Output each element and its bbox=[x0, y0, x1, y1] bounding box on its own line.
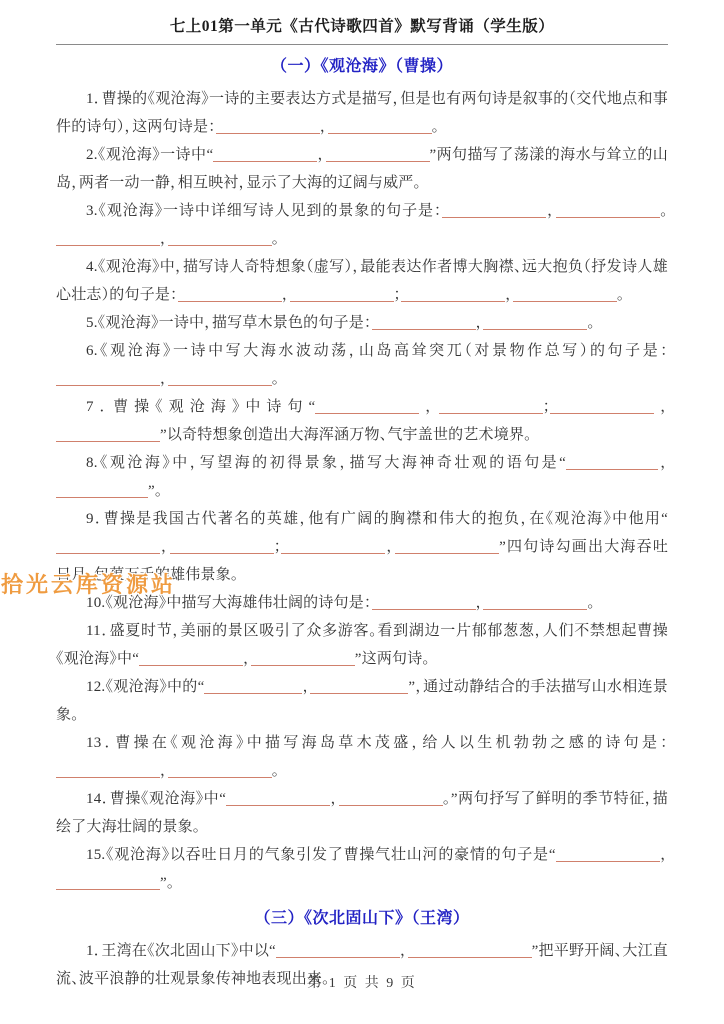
question-text: 13．曹操在《观沧海》中描写海岛草木茂盛，给人以生机勃勃之感的诗句是： bbox=[86, 735, 668, 751]
answer-blank bbox=[339, 792, 443, 806]
question-text: 。 bbox=[272, 231, 280, 247]
question-text: ， bbox=[330, 791, 338, 807]
answer-blank bbox=[56, 764, 160, 778]
section-heading: （三）《次北固山下》（王湾） bbox=[56, 906, 668, 931]
question-text: 14．曹操《观沧海》中“ bbox=[86, 791, 226, 807]
answer-blank bbox=[216, 120, 320, 134]
answer-blank bbox=[483, 316, 587, 330]
question-text: 5.《观沧海》一诗中，描写草木景色的句子是： bbox=[86, 315, 372, 331]
question-paragraph: 5.《观沧海》一诗中，描写草木景色的句子是：，。 bbox=[56, 309, 668, 337]
question-text: ”这两句诗。 bbox=[355, 651, 430, 667]
answer-blank bbox=[204, 680, 302, 694]
answer-blank bbox=[170, 540, 274, 554]
answer-blank bbox=[56, 876, 160, 890]
question-paragraph: 1．曹操的《观沧海》一诗的主要表达方式是描写，但是也有两句诗是叙事的（交代地点和… bbox=[56, 85, 668, 141]
question-paragraph: 14．曹操《观沧海》中“，。”两句抒写了鲜明的季节特征，描绘了大海壮阔的景象。 bbox=[56, 785, 668, 841]
answer-blank bbox=[226, 792, 330, 806]
answer-blank bbox=[139, 652, 243, 666]
question-text: ”。 bbox=[160, 875, 175, 891]
question-paragraph: 4.《观沧海》中，描写诗人奇特想象（虚写），最能表达作者博大胸襟、远大抱负（抒发… bbox=[56, 253, 668, 309]
document-title: 七上01第一单元《古代诗歌四首》默写背诵（学生版） bbox=[56, 15, 668, 39]
question-text: 。 bbox=[587, 595, 595, 611]
question-text: 。 bbox=[660, 203, 668, 219]
answer-blank bbox=[401, 288, 505, 302]
answer-blank bbox=[328, 120, 432, 134]
answer-blank bbox=[513, 288, 617, 302]
question-text: ， bbox=[546, 203, 555, 219]
document-page: 七上01第一单元《古代诗歌四首》默写背诵（学生版） （一）《观沧海》（曹操）1．… bbox=[0, 0, 724, 1024]
question-text: 6.《观沧海》一诗中写大海水波动荡，山岛高耸突兀（对景物作总写）的句子是： bbox=[86, 343, 668, 359]
answer-blank bbox=[56, 428, 160, 442]
question-text: 。 bbox=[272, 763, 280, 779]
question-text: ， bbox=[160, 763, 168, 779]
answer-blank bbox=[566, 456, 658, 470]
answer-blank bbox=[290, 288, 394, 302]
answer-blank bbox=[439, 400, 543, 414]
question-paragraph: 7．曹操《观沧海》中诗句“，；，”以奇特想象创造出大海浑涵万物、气宇盖世的艺术境… bbox=[56, 393, 668, 449]
answer-blank bbox=[251, 652, 355, 666]
question-text: ， bbox=[320, 119, 328, 135]
answer-blank bbox=[395, 540, 499, 554]
question-text: ， bbox=[400, 943, 408, 959]
question-text: ， bbox=[160, 539, 170, 555]
answer-blank bbox=[556, 848, 660, 862]
answer-blank bbox=[168, 372, 272, 386]
answer-blank bbox=[168, 764, 272, 778]
question-text: ， bbox=[505, 287, 513, 303]
question-text: 7．曹操《观沧海》中诗句“ bbox=[86, 399, 315, 415]
question-text: 。 bbox=[587, 315, 595, 331]
question-text: ， bbox=[160, 231, 168, 247]
question-text: 。 bbox=[617, 287, 625, 303]
page-number-text: 第 1 页 共 9 页 bbox=[307, 976, 417, 991]
answer-blank bbox=[168, 232, 272, 246]
question-paragraph: 12.《观沧海》中的“，”，通过动静结合的手法描写山水相连景象。 bbox=[56, 673, 668, 729]
question-text: 9．曹操是我国古代著名的英雄，他有广阔的胸襟和伟大的抱负，在《观沧海》中他用“ bbox=[86, 511, 668, 527]
question-text: ， bbox=[160, 371, 168, 387]
question-text: ； bbox=[543, 399, 551, 415]
question-text: ， bbox=[654, 399, 668, 415]
document-header: 七上01第一单元《古代诗歌四首》默写背诵（学生版） bbox=[56, 15, 668, 45]
question-text: 8.《观沧海》中，写望海的初得景象，描写大海神奇壮观的语句是“ bbox=[86, 455, 566, 471]
question-text: ， bbox=[476, 595, 484, 611]
question-text: ”以奇特想象创造出大海浑涵万物、气宇盖世的艺术境界。 bbox=[160, 427, 532, 443]
section-heading: （一）《观沧海》（曹操） bbox=[56, 54, 668, 79]
question-text: 1．王湾在《次北固山下》中以“ bbox=[86, 943, 276, 959]
answer-blank bbox=[442, 204, 546, 218]
question-text: ， bbox=[282, 287, 290, 303]
answer-blank bbox=[483, 596, 587, 610]
question-text: ， bbox=[317, 147, 325, 163]
question-text: ； bbox=[274, 539, 282, 555]
answer-blank bbox=[178, 288, 282, 302]
header-divider bbox=[56, 44, 668, 45]
answer-blank bbox=[56, 232, 160, 246]
question-text: 。 bbox=[272, 371, 280, 387]
answer-blank bbox=[56, 484, 148, 498]
question-paragraph: 8.《观沧海》中，写望海的初得景象，描写大海神奇壮观的语句是“，”。 bbox=[56, 449, 668, 505]
question-paragraph: 15.《观沧海》以吞吐日月的气象引发了曹操气壮山河的豪情的句子是“，”。 bbox=[56, 841, 668, 897]
answer-blank bbox=[56, 540, 160, 554]
question-paragraph: 13．曹操在《观沧海》中描写海岛草木茂盛，给人以生机勃勃之感的诗句是：，。 bbox=[56, 729, 668, 785]
question-paragraph: 6.《观沧海》一诗中写大海水波动荡，山岛高耸突兀（对景物作总写）的句子是：，。 bbox=[56, 337, 668, 393]
question-text: ， bbox=[243, 651, 251, 667]
question-text: ”。 bbox=[148, 483, 163, 499]
answer-blank bbox=[276, 944, 400, 958]
question-text: ， bbox=[658, 455, 668, 471]
question-paragraph: 11．盛夏时节，美丽的景区吸引了众多游客。看到湖边一片郁郁葱葱，人们不禁想起曹操… bbox=[56, 617, 668, 673]
question-text: 3.《观沧海》一诗中详细写诗人见到的景象的句子是： bbox=[86, 203, 442, 219]
answer-blank bbox=[315, 400, 419, 414]
question-text: ， bbox=[385, 539, 395, 555]
page-footer: 第 1 页 共 9 页 bbox=[0, 972, 724, 992]
document-body: （一）《观沧海》（曹操）1．曹操的《观沧海》一诗的主要表达方式是描写，但是也有两… bbox=[56, 54, 668, 993]
answer-blank bbox=[372, 596, 476, 610]
question-text: ， bbox=[302, 679, 310, 695]
answer-blank bbox=[372, 316, 476, 330]
question-text: 2.《观沧海》一诗中“ bbox=[86, 147, 213, 163]
question-text: 。 bbox=[432, 119, 440, 135]
answer-blank bbox=[56, 372, 160, 386]
question-paragraph: 2.《观沧海》一诗中“，”两句描写了荡漾的海水与耸立的山岛，两者一动一静，相互映… bbox=[56, 141, 668, 197]
watermark: 拾光云库资源站 bbox=[1, 568, 176, 599]
question-paragraph: 3.《观沧海》一诗中详细写诗人见到的景象的句子是：，。，。 bbox=[56, 197, 668, 253]
question-text: ； bbox=[394, 287, 402, 303]
answer-blank bbox=[310, 680, 408, 694]
answer-blank bbox=[408, 944, 532, 958]
answer-blank bbox=[550, 400, 654, 414]
answer-blank bbox=[281, 540, 385, 554]
question-text: 12.《观沧海》中的“ bbox=[86, 679, 204, 695]
question-text: ， bbox=[419, 399, 438, 415]
answer-blank bbox=[556, 204, 660, 218]
question-text: ， bbox=[476, 315, 484, 331]
answer-blank bbox=[326, 148, 430, 162]
answer-blank bbox=[213, 148, 317, 162]
question-text: ， bbox=[660, 847, 668, 863]
question-text: 15.《观沧海》以吞吐日月的气象引发了曹操气壮山河的豪情的句子是“ bbox=[86, 847, 556, 863]
